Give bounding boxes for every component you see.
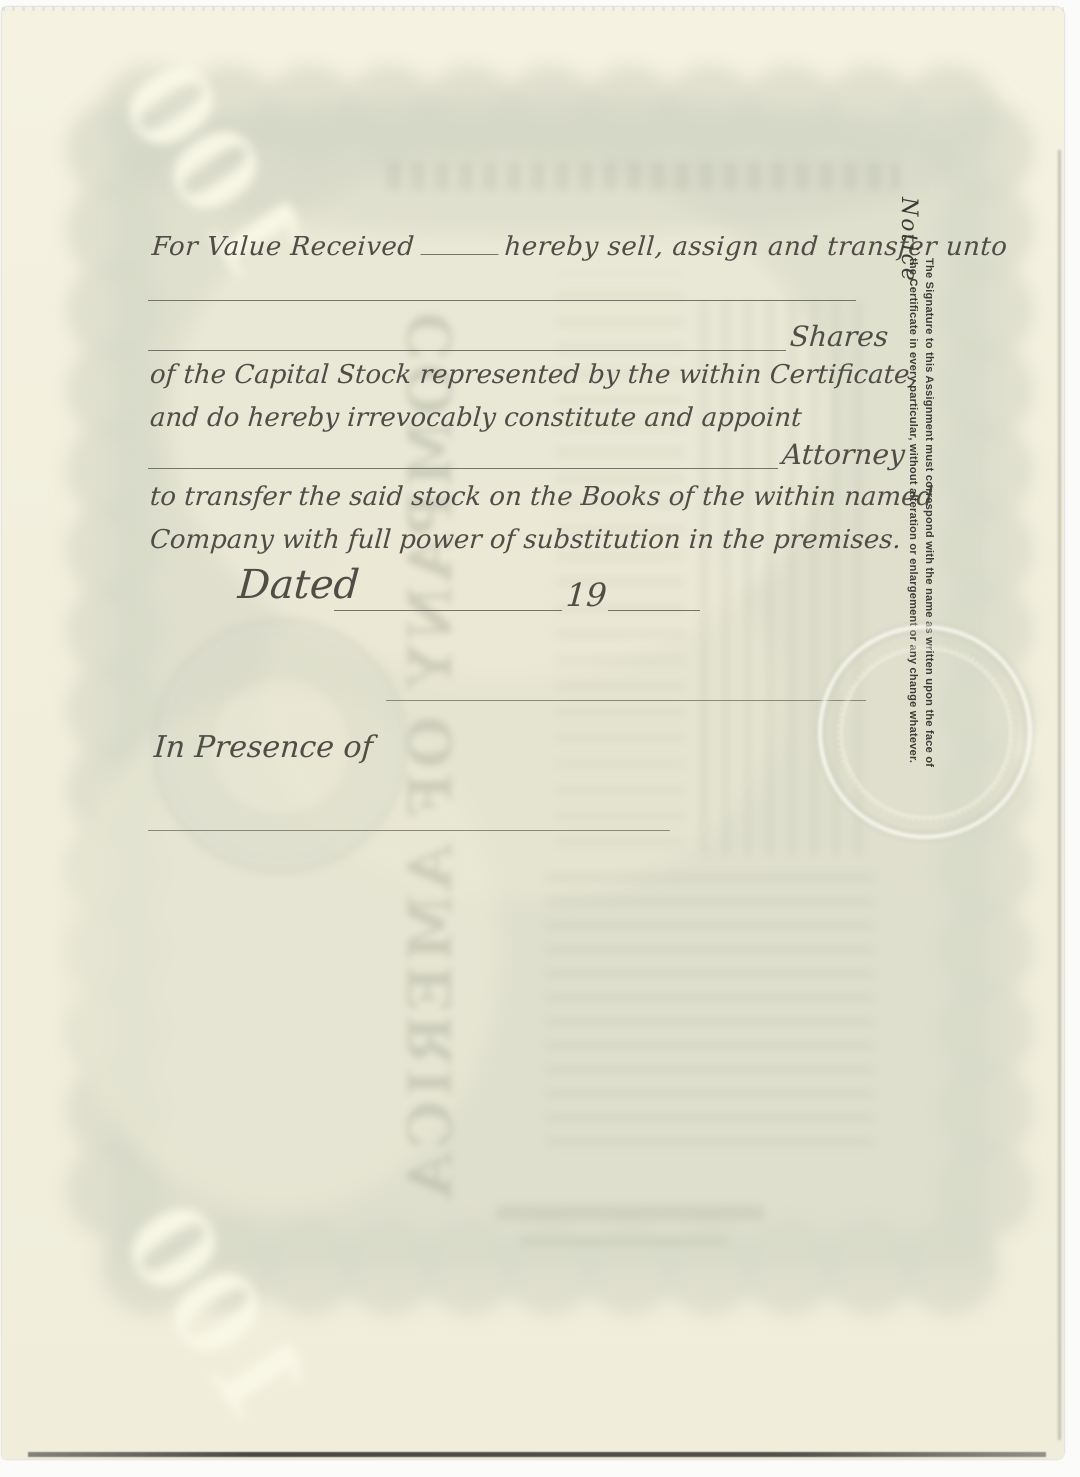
year-blank-line xyxy=(608,610,700,611)
certificate-back-scan: 100 100 COMPANY OF AMERICA For Value Rec… xyxy=(0,0,1080,1477)
shares-count-line xyxy=(148,350,786,351)
dated-label: Dated xyxy=(236,562,360,608)
notice-line-2: the Certificate in every particular, wit… xyxy=(907,258,919,763)
year-prefix-label: 19 xyxy=(565,576,608,614)
transfer-line: to transfer the said stock on the Books … xyxy=(149,482,934,512)
for-value-received-label: For Value Received xyxy=(151,232,416,262)
attorney-label: Attorney xyxy=(781,438,906,471)
scan-edge-shadow-right xyxy=(1058,150,1061,1440)
attorney-name-line xyxy=(148,468,778,469)
opening-line: For Value Receivedhereby sell, assign an… xyxy=(151,232,1009,262)
notice-line-1: The Signature to this Assignment must co… xyxy=(923,258,935,767)
assignee-name-line xyxy=(148,300,856,301)
signature-line xyxy=(386,700,866,701)
scan-edge-shadow-bottom xyxy=(28,1452,1046,1457)
in-presence-of-label: In Presence of xyxy=(153,730,374,765)
appoint-line: and do hereby irrevocably constitute and… xyxy=(149,403,803,433)
capital-stock-line: of the Capital Stock represented by the … xyxy=(149,360,919,390)
assignor-blank xyxy=(420,232,500,255)
witness-line xyxy=(148,830,670,831)
substitution-line: Company with full power of substitution … xyxy=(149,525,902,555)
notice-text: The Signature to this Assignment must co… xyxy=(901,258,937,840)
shares-label: Shares xyxy=(789,320,890,353)
dated-blank-line xyxy=(334,610,562,611)
